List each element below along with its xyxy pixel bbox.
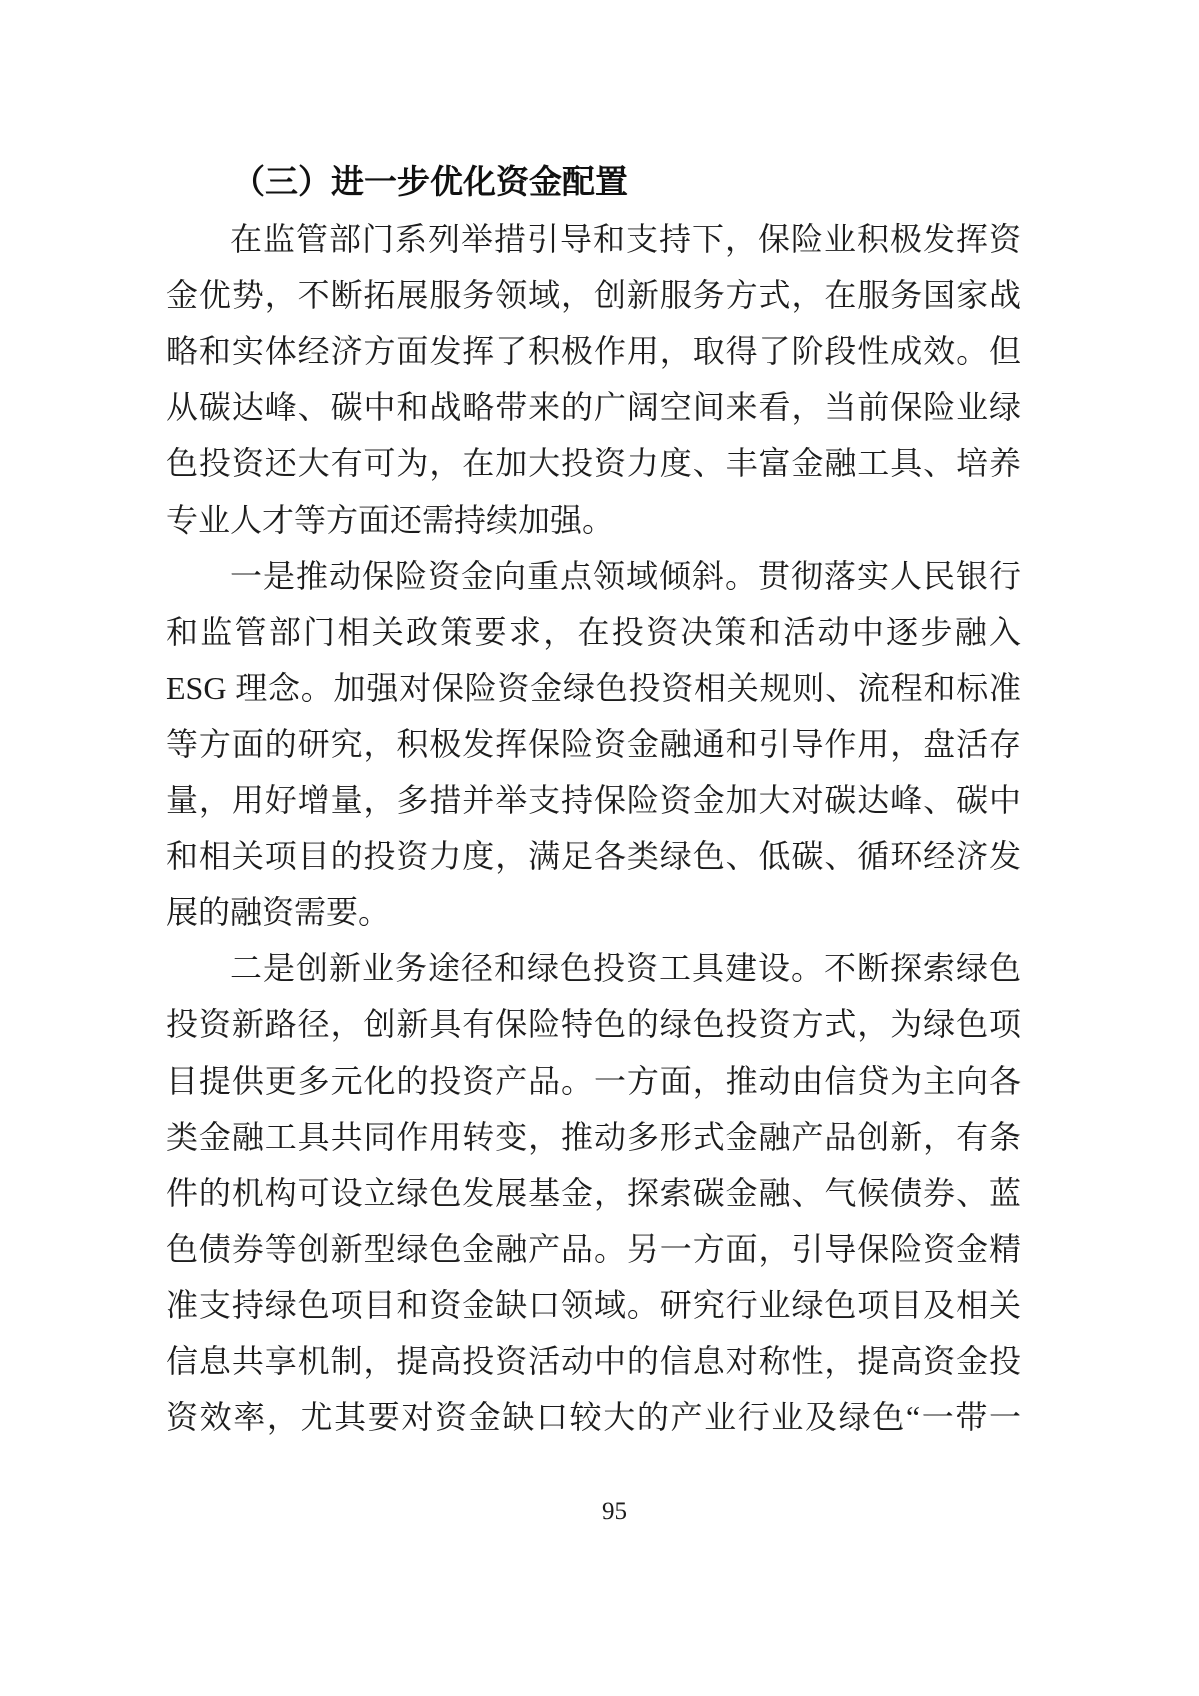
para-2-line-2: 和监管部门相关政策要求，在投资决策和活动中逐步融入 bbox=[166, 604, 1021, 660]
para-1-line-1: 在监管部门系列举措引导和支持下，保险业积极发挥资 bbox=[166, 211, 1021, 267]
section-heading: （三）进一步优化资金配置 bbox=[166, 155, 1021, 211]
para-1-line-5: 色投资还大有可为，在加大投资力度、丰富金融工具、培养 bbox=[166, 435, 1021, 491]
para-3-line-7: 准支持绿色项目和资金缺口领域。研究行业绿色项目及相关 bbox=[166, 1277, 1021, 1333]
para-3-line-8: 信息共享机制，提高投资活动中的信息对称性，提高资金投 bbox=[166, 1333, 1021, 1389]
para-3-line-3: 目提供更多元化的投资产品。一方面，推动由信贷为主向各 bbox=[166, 1053, 1021, 1109]
para-2-line-1: 一是推动保险资金向重点领域倾斜。贯彻落实人民银行 bbox=[166, 548, 1021, 604]
para-3-line-4: 类金融工具共同作用转变，推动多形式金融产品创新，有条 bbox=[166, 1109, 1021, 1165]
para-3-line-1: 二是创新业务途径和绿色投资工具建设。不断探索绿色 bbox=[166, 940, 1021, 996]
para-2-line-5: 量，用好增量，多措并举支持保险资金加大对碳达峰、碳中 bbox=[166, 772, 1021, 828]
page-number: 95 bbox=[0, 1498, 1199, 1526]
para-1-line-4: 从碳达峰、碳中和战略带来的广阔空间来看，当前保险业绿 bbox=[166, 379, 1021, 435]
para-3-line-9: 资效率，尤其要对资金缺口较大的产业行业及绿色“一带一 bbox=[166, 1389, 1021, 1445]
para-2-line-3: ESG 理念。加强对保险资金绿色投资相关规则、流程和标准 bbox=[166, 660, 1021, 716]
para-1-line-3: 略和实体经济方面发挥了积极作用，取得了阶段性成效。但 bbox=[166, 323, 1021, 379]
para-1-line-6: 专业人才等方面还需持续加强。 bbox=[166, 492, 1021, 548]
page-content: （三）进一步优化资金配置 在监管部门系列举措引导和支持下，保险业积极发挥资 金优… bbox=[166, 155, 1021, 1445]
para-2-line-4: 等方面的研究，积极发挥保险资金融通和引导作用，盘活存 bbox=[166, 716, 1021, 772]
para-1-line-2: 金优势，不断拓展服务领域，创新服务方式，在服务国家战 bbox=[166, 267, 1021, 323]
document-page: （三）进一步优化资金配置 在监管部门系列举措引导和支持下，保险业积极发挥资 金优… bbox=[0, 0, 1199, 1696]
para-3-line-2: 投资新路径，创新具有保险特色的绿色投资方式，为绿色项 bbox=[166, 996, 1021, 1052]
para-3-line-6: 色债券等创新型绿色金融产品。另一方面，引导保险资金精 bbox=[166, 1221, 1021, 1277]
para-2-line-6: 和相关项目的投资力度，满足各类绿色、低碳、循环经济发 bbox=[166, 828, 1021, 884]
para-3-line-5: 件的机构可设立绿色发展基金，探索碳金融、气候债券、蓝 bbox=[166, 1165, 1021, 1221]
para-2-line-7: 展的融资需要。 bbox=[166, 884, 1021, 940]
